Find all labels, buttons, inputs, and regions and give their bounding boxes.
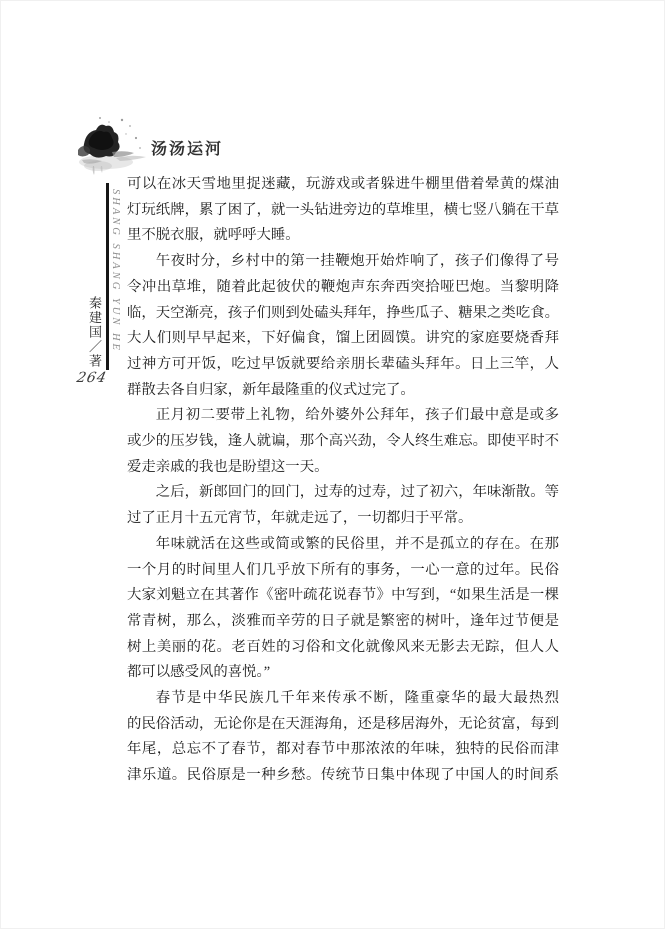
text-line: 里不脱衣服，就呼呼大睡。 — [127, 223, 559, 249]
text-line: 津乐道。民俗原是一种乡愁。传统节日集中体现了中国人的时间系 — [127, 763, 559, 789]
text-line: 的民俗活动，无论你是在天涯海角，还是移居海外，无论贫富，每到 — [127, 712, 559, 738]
paragraph: 之后，新郎回门的回门，过寿的过寿，过了初六，年味渐散。等过了正月十五元宵节，年就… — [127, 480, 559, 531]
text-line: 灯玩纸牌，累了困了，就一头钻进旁边的草堆里，横七竖八躺在干草 — [127, 198, 559, 224]
text-line: 临，天空渐亮，孩子们则到处磕头拜年，挣些瓜子、糖果之类吃食。 — [127, 301, 559, 327]
text-line: 大人们则早早起来，下好偏食，馏上团圆馍。讲究的家庭要烧香拜 — [127, 326, 559, 352]
text-line: 一个月的时间里人们几乎放下所有的事务，一心一意的过年。民俗 — [127, 558, 559, 584]
text-line: 之后，新郎回门的回门，过寿的过寿，过了初六，年味渐散。等 — [127, 480, 559, 506]
text-line: 午夜时分，乡村中的第一挂鞭炮开始炸响了，孩子们像得了号 — [127, 249, 559, 275]
paragraph: 午夜时分，乡村中的第一挂鞭炮开始炸响了，孩子们像得了号令冲出草堆，随着此起彼伏的… — [127, 249, 559, 403]
page-number: 264 — [75, 370, 108, 386]
paragraph: 春节是中华民族几千年来传承不断，隆重豪华的最大最热烈的民俗活动，无论你是在天涯海… — [127, 686, 559, 789]
text-line: 过了正月十五元宵节，年就走远了，一切都归于平常。 — [127, 506, 559, 532]
scanned-page: 汤汤运河 SHANG SHANG YUN HE 秦建国／著 264 可以在冰天雪… — [0, 0, 665, 929]
text-line: 常青树，那么，淡雅而辛劳的日子就是繁密的树叶，逢年过节便是 — [127, 609, 559, 635]
text-line: 可以在冰天雪地里捉迷藏，玩游戏或者躲进牛棚里借着晕黄的煤油 — [127, 172, 559, 198]
paragraph: 正月初二要带上礼物，给外婆外公拜年，孩子们最中意是或多或少的压岁钱，逢人就谝，那… — [127, 403, 559, 480]
text-line: 树上美丽的花。老百姓的习俗和文化就像风来无影去无踪，但人人 — [127, 635, 559, 661]
text-line: 或少的压岁钱，逢人就谝，那个高兴劲，令人终生难忘。即使平时不 — [127, 429, 559, 455]
body-text: 可以在冰天雪地里捉迷藏，玩游戏或者躲进牛棚里借着晕黄的煤油灯玩纸牌，累了困了，就… — [127, 172, 559, 789]
sidebar-vertical-rule — [106, 183, 109, 370]
text-line: 令冲出草堆，随着此起彼伏的鞭炮声东奔西突拾哑巴炮。当黎明降 — [127, 275, 559, 301]
text-line: 过神方可开饭，吃过早饭就要给亲朋长辈磕头拜年。日上三竿，人 — [127, 352, 559, 378]
text-line: 年味就活在这些或简或繁的民俗里，并不是孤立的存在。在那 — [127, 532, 559, 558]
paragraph: 年味就活在这些或简或繁的民俗里，并不是孤立的存在。在那一个月的时间里人们几乎放下… — [127, 532, 559, 686]
text-line: 正月初二要带上礼物，给外婆外公拜年，孩子们最中意是或多 — [127, 403, 559, 429]
text-line: 群散去各自归家，新年最隆重的仪式过完了。 — [127, 378, 559, 404]
text-line: 大家刘魁立在其著作《密叶疏花说春节》中写到，“如果生活是一棵 — [127, 583, 559, 609]
text-line: 都可以感受风的喜悦。” — [127, 660, 559, 686]
paragraph: 可以在冰天雪地里捉迷藏，玩游戏或者躲进牛棚里借着晕黄的煤油灯玩纸牌，累了困了，就… — [127, 172, 559, 249]
text-line: 春节是中华民族几千年来传承不断，隆重豪华的最大最热烈 — [127, 686, 559, 712]
page-title: 汤汤运河 — [151, 136, 223, 159]
ink-wash-landscape-logo — [76, 114, 150, 176]
author-name: 秦建国／著 — [85, 296, 104, 369]
text-line: 年尾，总忘不了春节，都对春节中那浓浓的年味，独特的民俗而津 — [127, 737, 559, 763]
book-page: { "header": { "title": "汤汤运河", "logo": "… — [0, 0, 665, 929]
text-line: 爱走亲戚的我也是盼望这一天。 — [127, 455, 559, 481]
series-romanized-text: SHANG SHANG YUN HE — [110, 189, 121, 359]
